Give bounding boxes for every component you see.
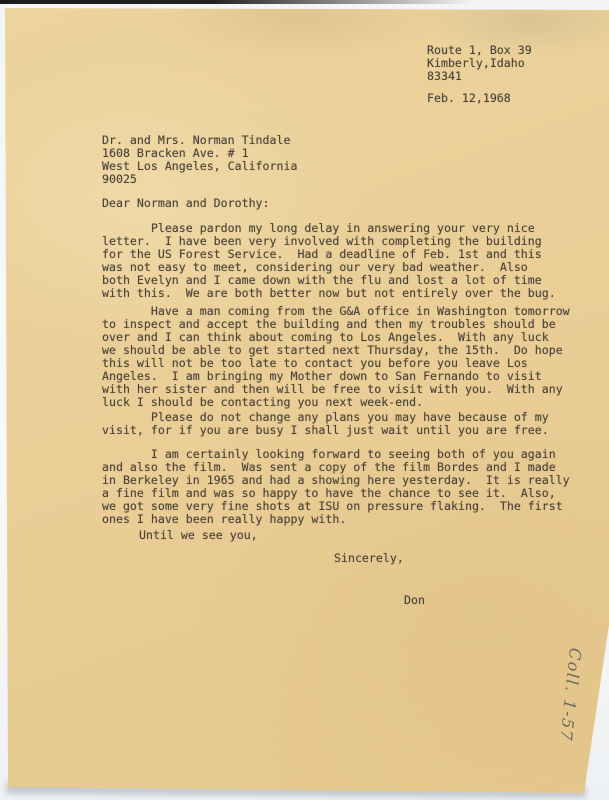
paper-sheet: Route 1, Box 39 Kimberly,Idaho 83341 Feb… [0,0,609,800]
archival-annotation: Coll. 1-57 [556,647,585,743]
pre-closing: Until we see you, [139,529,258,542]
closing: Sincerely, [334,552,404,565]
paragraph-3: Please do not change any plans you may h… [102,411,549,437]
salutation: Dear Norman and Dorothy: [102,197,270,210]
paragraph-2: Have a man coming from the G&A office in… [102,305,570,409]
scanner-edge-strip [0,0,609,4]
recipient-address: Dr. and Mrs. Norman Tindale 1608 Bracken… [102,134,297,186]
sender-address: Route 1, Box 39 Kimberly,Idaho 83341 [427,44,532,83]
signature: Don [404,594,425,607]
date-line: Feb. 12,1968 [427,92,511,105]
paragraph-1: Please pardon my long delay in answering… [102,222,556,300]
paragraph-4: I am certainly looking forward to seeing… [102,448,570,526]
